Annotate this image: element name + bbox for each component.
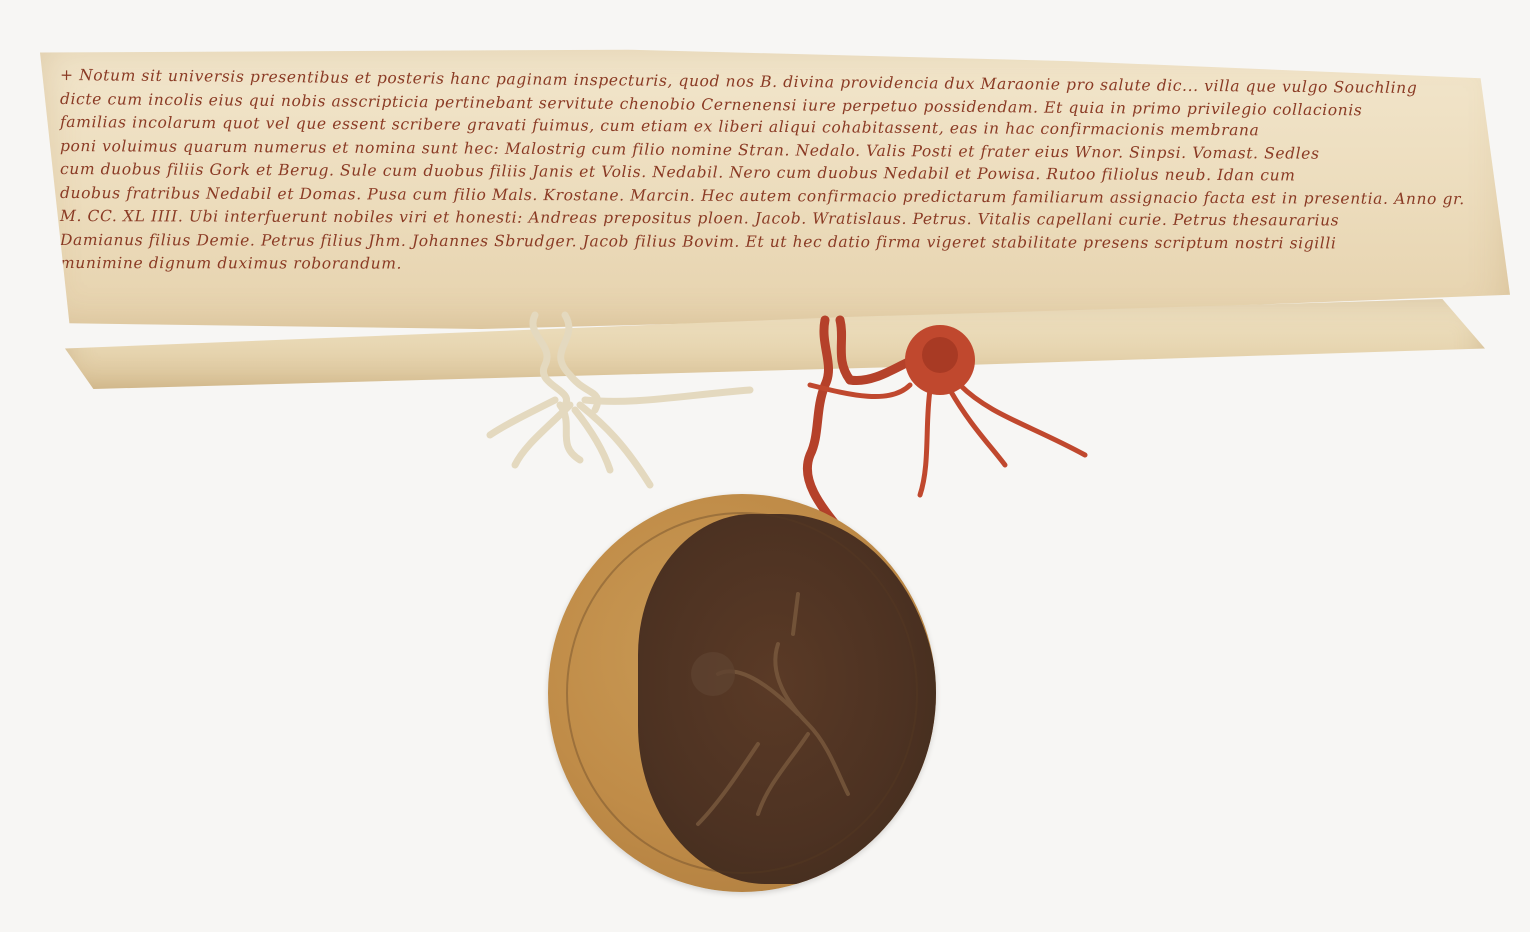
wax-seal: [548, 494, 936, 892]
equestrian-figure-icon: [658, 574, 898, 854]
charter-document: + Notum sit universis presentibus et pos…: [40, 44, 1510, 394]
text-line: munimine dignum duximus roborandum.: [60, 252, 1480, 278]
red-cord-icon: [790, 315, 1100, 540]
charter-text: + Notum sit universis presentibus et pos…: [60, 64, 1480, 276]
white-cord-icon: [485, 305, 755, 490]
parchment-sheet: + Notum sit universis presentibus et pos…: [40, 44, 1510, 329]
